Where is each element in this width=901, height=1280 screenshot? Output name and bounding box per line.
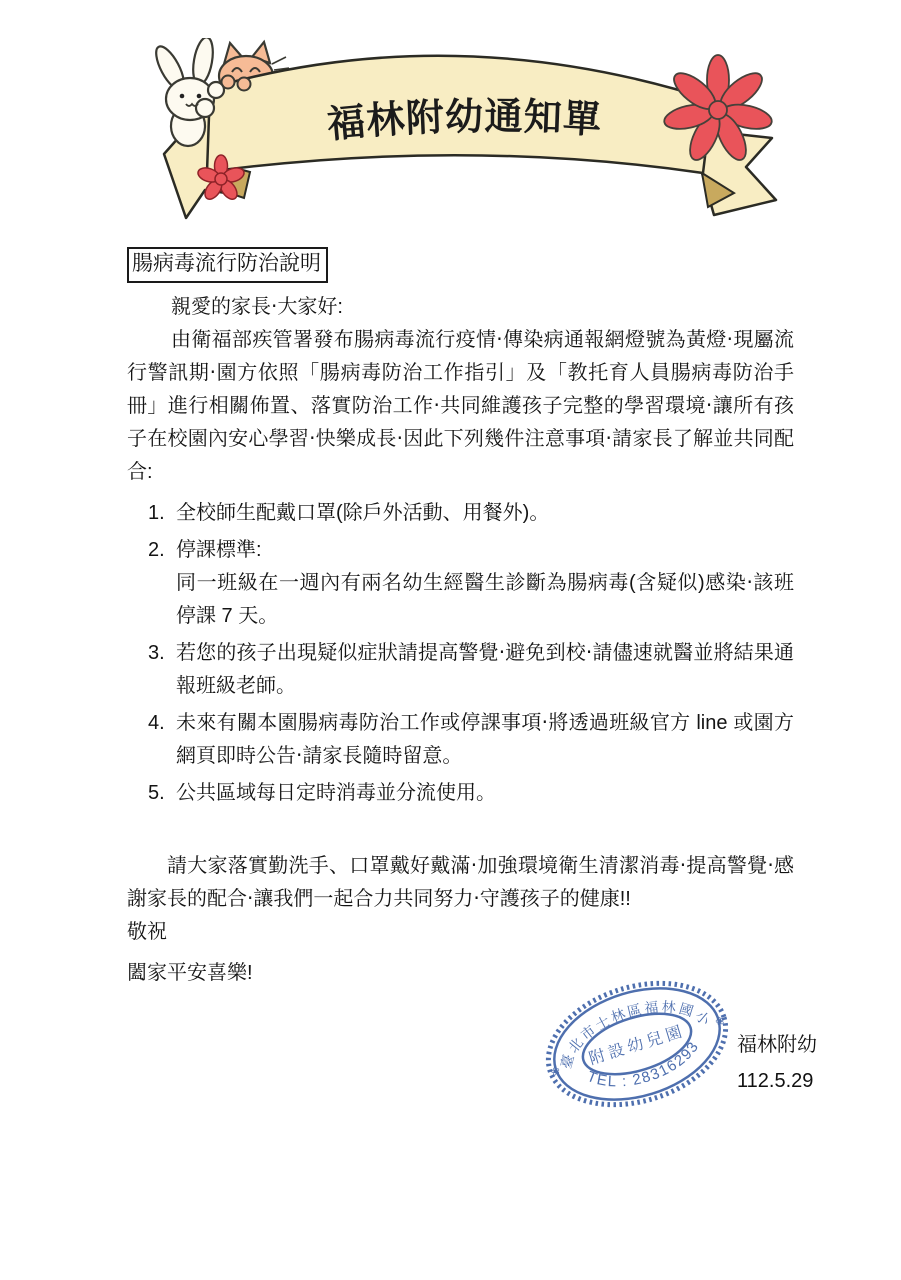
banner: 福林附幼通知單 [146,38,786,253]
notice-body: 腸病毒流行防治說明 親愛的家長‧大家好: 由衛福部疾管署發布腸病毒流行疫情‧傳染… [127,247,794,990]
signature-name: 福林附幼 [737,1028,817,1057]
greeting-line: 親愛的家長‧大家好: [127,291,794,324]
list-item: 2. 停課標準: 同一班級在一週內有兩名幼生經醫生診斷為腸病毒(含疑似)感染‧該… [127,534,794,633]
list-item: 4. 未來有關本園腸病毒防治工作或停課事項‧將透過班級官方 line 或園方網頁… [127,707,794,773]
item-number: 4. [148,707,165,740]
item-text: 全校師生配戴口罩(除戶外活動、用餐外)。 [176,502,549,524]
school-stamp: 臺北市士林區福林國小 附設幼兒園 TEL : 28316293 ❀ ❀ [540,972,740,1120]
item-text: 若您的孩子出現疑似症狀請提高警覺‧避免到校‧請儘速就醫並將結果通報班級老師。 [176,642,794,697]
item-number: 2. [148,534,165,567]
item-subtext: 同一班級在一週內有兩名幼生經醫生診斷為腸病毒(含疑似)感染‧該班停課 7 天。 [176,567,794,633]
item-text: 未來有關本園腸病毒防治工作或停課事項‧將透過班級官方 line 或園方網頁即時公… [176,712,794,767]
item-number: 1. [148,497,165,530]
item-number: 5. [148,777,165,810]
notice-page: 福林附幼通知單 腸病毒流行防治說明 親愛的家長‧大家好: 由衛福部疾管署發布腸病… [0,0,901,1280]
item-text: 公共區域每日定時消毒並分流使用。 [176,782,496,804]
item-text: 停課標準: [176,539,262,561]
notice-list: 1. 全校師生配戴口罩(除戶外活動、用餐外)。 2. 停課標準: 同一班級在一週… [127,497,794,810]
ribbon-banner-graphic: 福林附幼通知單 [146,38,786,253]
list-item: 5. 公共區域每日定時消毒並分流使用。 [127,777,794,810]
signature-date: 112.5.29 [737,1070,813,1093]
list-item: 1. 全校師生配戴口罩(除戶外活動、用餐外)。 [127,497,794,530]
section-title: 腸病毒流行防治說明 [127,247,328,283]
regards-line: 敬祝 [127,916,794,949]
intro-paragraph: 由衛福部疾管署發布腸病毒流行疫情‧傳染病通報網燈號為黃燈‧現屬流行警訊期‧園方依… [127,324,794,489]
item-number: 3. [148,637,165,670]
closing-paragraph: 請大家落實勤洗手、口罩戴好戴滿‧加強環境衛生清潔消毒‧提高警覺‧感謝家長的配合‧… [127,850,794,916]
list-item: 3. 若您的孩子出現疑似症狀請提高警覺‧避免到校‧請儘速就醫並將結果通報班級老師… [127,637,794,703]
